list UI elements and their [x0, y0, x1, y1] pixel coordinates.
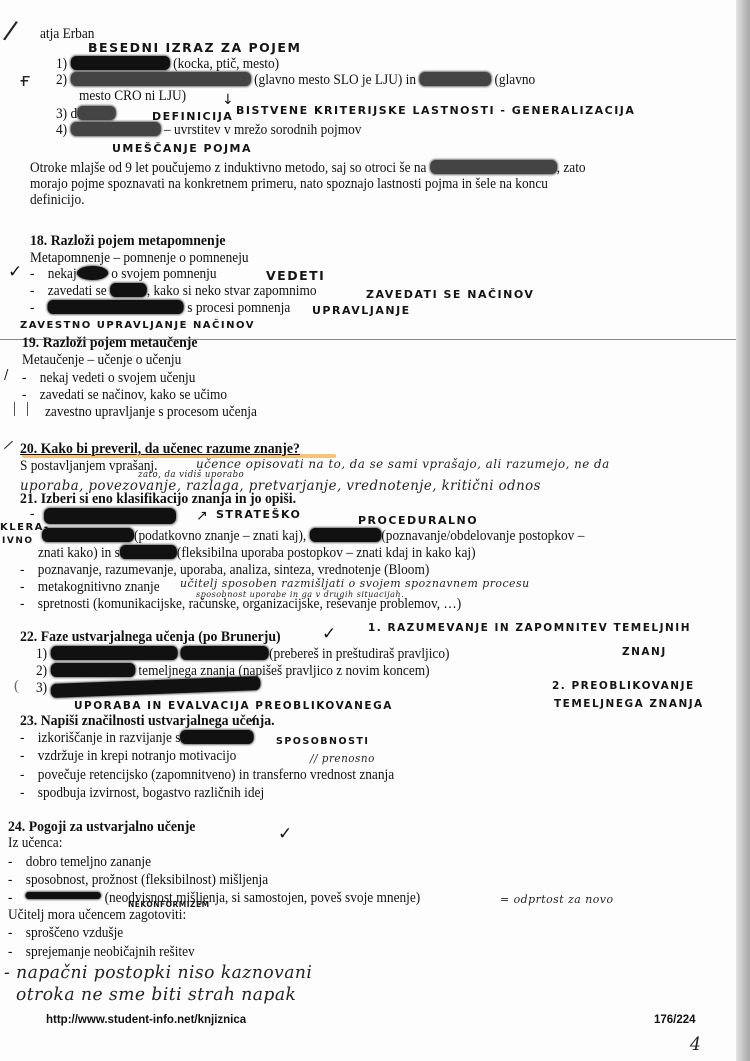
bullet-item: - spodbuja izvirnost, bogastvo različnih… [20, 785, 264, 802]
list-text: (kocka, ptič, mesto) [173, 56, 279, 72]
list-item: 4) – uvrstitev v mrežo sorodnih pojmov [56, 122, 361, 139]
list-text: – uvrstitev v mrežo sorodnih pojmov [164, 122, 361, 138]
bullet-text: nekaj [48, 266, 77, 282]
handwritten-annotation: PROCEDURALNO [358, 514, 478, 527]
scanner-edge [736, 0, 750, 1061]
bullet-marker: - [20, 730, 24, 746]
redaction [50, 663, 135, 677]
bullet-item: - metakognitivno znanje [20, 579, 160, 596]
redaction [180, 730, 254, 744]
handwritten-annotation: ZAVEDATI SE NAČINOV [366, 288, 534, 301]
bullet-text: metakognitivno znanje [38, 579, 160, 595]
intro-paragraph-line: morajo pojme spoznavati na konkretnem pr… [30, 176, 548, 193]
bullet-item: - sprejemanje neobičajnih rešitev [8, 944, 195, 961]
list-number: 2) [36, 663, 47, 679]
redaction [120, 545, 177, 559]
phase-item: 1) (prebereš in preštudiraš pravljico) [36, 646, 449, 663]
bullet-item: - izkoriščanje in razvijanje s [20, 730, 254, 747]
bullet-marker: - [22, 370, 26, 386]
bullet-marker: - [8, 925, 12, 941]
classification-line: (podatkovno znanje – znati kaj), (poznav… [42, 528, 584, 545]
arrow-down-icon: ↓ [222, 92, 234, 108]
classification-line: znati kako) in s(fleksibilna uporaba pos… [38, 545, 476, 562]
redaction [70, 122, 160, 136]
list-text: (glavno mesto SLO je LJU) in [254, 72, 416, 88]
bullet-item: - dobro temeljno zananje [8, 854, 151, 871]
heading-text: 21. Izberi si eno klasifikacijo znanja i… [20, 491, 296, 507]
redaction [110, 283, 147, 297]
list-text: temeljnega znanja (napišeš pravljico z n… [138, 663, 429, 679]
bullet-item: - nekaj vedeti o svojem učenju [22, 370, 195, 387]
bullet-marker: - [20, 562, 24, 578]
bullet-marker: - [8, 872, 12, 888]
redaction [77, 266, 108, 280]
redaction [50, 676, 260, 698]
redaction [48, 300, 184, 314]
bullet-item: zavestno upravljanje s procesom učenja [45, 404, 257, 421]
paragraph-text: , zato [557, 160, 586, 176]
bullet-marker: - [8, 944, 12, 960]
handwritten-annotation: 2. PREOBLIKOVANJE [552, 680, 695, 692]
bullet-item: - (neodvisnost mišljenja, si samostojen,… [8, 890, 420, 907]
check-mark-icon: ✓ [278, 824, 292, 844]
bullet-item: - s procesi pomnenja [30, 300, 290, 317]
bullet-item: - vzdržuje in krepi notranjo motivacijo [20, 748, 236, 765]
handwritten-note: otroka ne sme biti strah napak [16, 984, 296, 1005]
margin-symbol-mark: ғ [20, 70, 31, 91]
author-name: atja Erban [40, 26, 94, 43]
bullet-item: - nekaj o svojem pomnenju [30, 266, 217, 283]
footer-source-link[interactable]: http://www.student-info.net/knjiznica [46, 1014, 246, 1026]
list-text: d [70, 106, 77, 122]
handwritten-page-mark: 4 [690, 1034, 701, 1055]
list-number: 4) [56, 122, 67, 138]
bullet-text: zavedati se načinov, kako se učimo [40, 387, 227, 403]
redaction [44, 508, 176, 524]
redaction [42, 528, 134, 542]
handwritten-annotation: BISTVENE KRITERIJSKE LASTNOSTI - GENERAL… [236, 104, 635, 117]
arrow-up-icon: ↗ [196, 508, 208, 524]
list-number: 1) [36, 646, 47, 662]
list-number: 2) [56, 72, 67, 88]
redaction [70, 72, 250, 86]
handwritten-note: učitelj sposoben razmišljati o svojem sp… [180, 576, 530, 590]
redaction [181, 646, 269, 660]
list-item: 2) (glavno mesto SLO je LJU) in (glavno [56, 72, 535, 89]
intro-paragraph-line: Otroke mlajše od 9 let poučujemo z induk… [30, 160, 586, 177]
redaction [310, 528, 382, 542]
bullet-text: zavedati se [48, 283, 107, 299]
bullet-text: o svojem pomnenju [111, 266, 216, 282]
answer-text: S postavljanjem vprašanj. [20, 458, 157, 475]
bullet-item: - spretnosti (komunikacijske, računske, … [20, 596, 461, 613]
question-19-heading: 19. Razloži pojem metaučenje [22, 334, 198, 352]
bullet-marker: - [22, 387, 26, 403]
bullet-text: , kako si neko stvar zapomnimo [147, 283, 317, 299]
check-mark-icon: ✓ [248, 712, 259, 727]
handwritten-annotation: UPORABA IN EVALVACIJA PREOBLIKOVANEGA [74, 700, 393, 712]
redaction [50, 646, 177, 660]
handwritten-annotation: 1. RAZUMEVANJE IN ZAPOMNITEV TEMELJNIH [368, 622, 691, 634]
handwritten-annotation: BESEDNI IZRAZ ZA POJEM [88, 40, 301, 55]
bullet-text: izkoriščanje in razvijanje s [38, 730, 181, 746]
redaction [70, 56, 169, 70]
bullet-marker: - [30, 283, 34, 299]
bullet-text: vzdržuje in krepi notranjo motivacijo [38, 748, 237, 764]
scanned-page: / ғ atja Erban BESEDNI IZRAZ ZA POJEM 1)… [0, 0, 750, 1061]
redaction [419, 72, 491, 86]
list-item: 3) d [56, 106, 116, 123]
handwritten-annotation: VEDETI [266, 268, 325, 283]
handwritten-annotation: SPOSOBNOSTI [276, 736, 369, 747]
bullet-marker: - [8, 854, 12, 870]
bullet-text: s procesi pomnenja [187, 300, 290, 316]
bullet-marker: - [20, 767, 24, 783]
handwritten-annotation: UMEŠČANJE POJMA [112, 142, 252, 155]
section-label: Učitelj mora učencem zagotoviti: [8, 907, 186, 924]
classification-text: znati kako) in s [38, 545, 120, 561]
bracket-mark: ( [14, 678, 19, 695]
bullet-marker: - [30, 266, 34, 282]
phase-item: 3) [36, 680, 260, 697]
handwritten-note: // prenosno [310, 752, 375, 765]
bullet-item: - zavedati se , kako si neko stvar zapom… [30, 283, 317, 300]
bullet-text: sproščeno vzdušje [26, 925, 123, 941]
redaction [77, 106, 116, 120]
list-item: 1) (kocka, ptič, mesto) [56, 56, 279, 73]
classification-text: (fleksibilna uporaba postopkov – znati k… [177, 545, 476, 561]
question-21-heading: 21. Izberi si eno klasifikacijo znanja i… [20, 490, 296, 508]
bullet-item: - sproščeno vzdušje [8, 925, 123, 942]
check-mark-icon: ✓ [322, 624, 336, 644]
handwritten-annotation: ZNANJ [622, 646, 667, 658]
list-number: 3) [56, 106, 67, 122]
bullet-item: - zavedati se načinov, kako se učimo [22, 387, 227, 404]
bullet-item: - povečuje retencijsko (zapomnitveno) in… [20, 767, 394, 784]
classification-text: (poznavanje/obdelovanje postopkov – [381, 528, 584, 544]
pen-stroke-mark: / [3, 438, 14, 453]
section-label: Iz učenca: [8, 835, 62, 852]
question-22-heading: 22. Faze ustvarjalnega učenja (po Bruner… [20, 628, 281, 646]
handwritten-note: zato, da vidiš uporabo [138, 470, 244, 480]
handwritten-annotation: STRATEŠKO [216, 508, 301, 521]
question-24-heading: 24. Pogoji za ustvarjalno učenje [8, 818, 195, 836]
handwritten-annotation: ZAVESTNO UPRAVLJANJE NAČINOV [20, 320, 255, 331]
pen-stroke-mark: / [4, 368, 8, 383]
bullet-marker: - [20, 579, 24, 595]
list-text-continued: mesto CRO ni LJU) [79, 88, 186, 105]
pen-stroke-mark: / [2, 15, 20, 46]
question-23-heading: 23. Napiši značilnosti ustvarjalnega uče… [20, 712, 275, 730]
check-mark-icon: ✓ [8, 262, 22, 282]
definition-text: Metapomnenje – pomnenje o pomneneju [30, 250, 249, 267]
bullet-text: nekaj vedeti o svojem učenju [40, 370, 196, 386]
question-18-heading: 18. Razloži pojem metapomnenje [30, 232, 225, 250]
bullet-marker: - [20, 748, 24, 764]
list-number: 3) [36, 680, 47, 696]
bullet-item: - sposobnost, prožnost (fleksibilnost) m… [8, 872, 268, 889]
bullet-text: dobro temeljno zananje [26, 854, 151, 870]
list-text: (prebereš in preštudiraš pravljico) [269, 646, 449, 662]
handwritten-note: - napačni postopki niso kaznovani [4, 962, 312, 983]
page-number: 176/224 [654, 1014, 696, 1026]
paragraph-text: Otroke mlajše od 9 let poučujemo z induk… [30, 160, 426, 176]
list-number: 1) [56, 56, 67, 72]
handwritten-note: = odprtost za novo [500, 892, 614, 906]
bullet-text: sposobnost, prožnost (fleksibilnost) miš… [26, 872, 268, 888]
handwritten-annotation: UPRAVLJANJE [312, 304, 411, 317]
bracket-mark [14, 402, 28, 416]
bullet-marker: - [20, 596, 24, 612]
bullet-text: sprejemanje neobičajnih rešitev [26, 944, 195, 960]
handwritten-annotation: IVNO [2, 536, 34, 546]
handwritten-note: učence opisovati na to, da se sami vpraš… [196, 456, 610, 471]
bullet-text: povečuje retencijsko (zapomnitveno) in t… [38, 767, 394, 783]
bullet-text: spretnosti (komunikacijske, računske, or… [38, 596, 461, 612]
redaction [430, 160, 557, 174]
bullet-marker: - [30, 506, 34, 523]
intro-paragraph-line: definicijo. [30, 192, 84, 209]
bullet-marker: - [20, 785, 24, 801]
definition-text: Metaučenje – učenje o učenju [22, 352, 181, 369]
bullet-text: spodbuja izvirnost, bogastvo različnih i… [38, 785, 264, 801]
bullet-marker: - [30, 300, 34, 316]
classification-text: (podatkovno znanje – znati kaj), [134, 528, 306, 544]
list-text: (glavno [494, 72, 535, 88]
redaction [26, 892, 101, 899]
bullet-marker: - [8, 890, 12, 906]
handwritten-annotation: TEMELJNEGA ZNANJA [554, 698, 704, 710]
